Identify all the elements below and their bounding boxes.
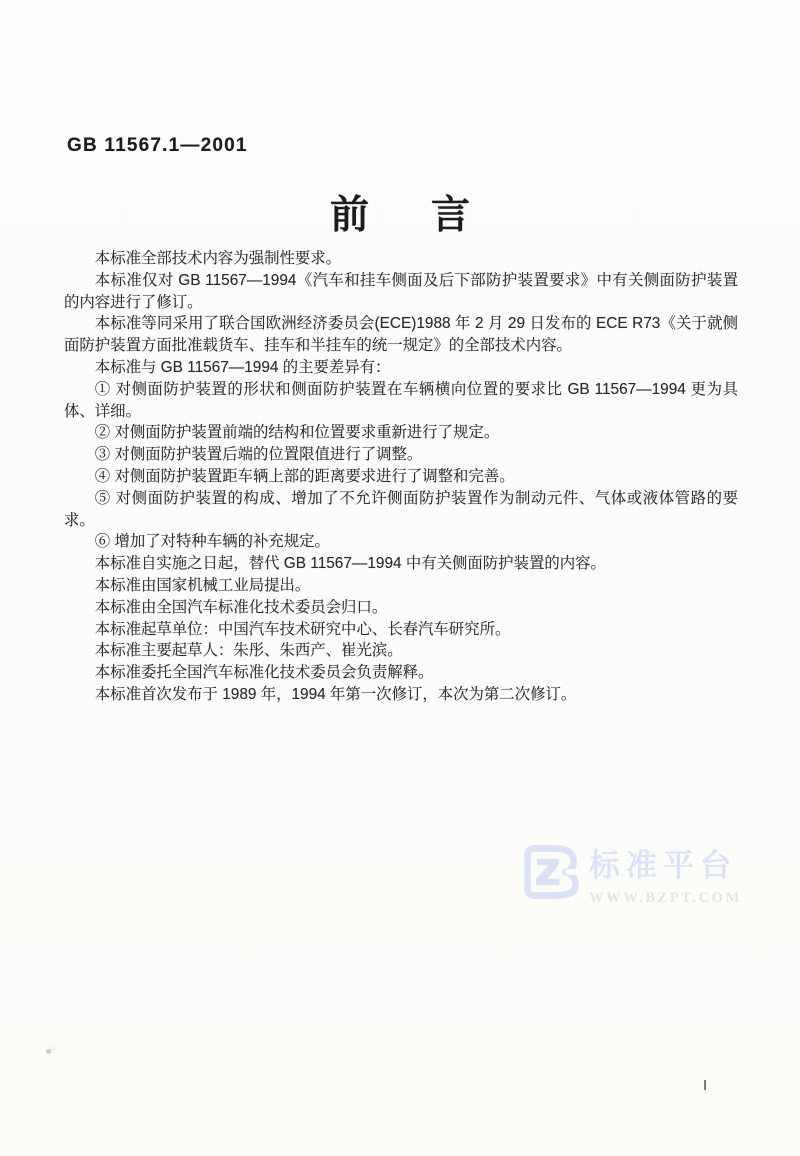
bz-monogram-icon [520, 841, 584, 908]
document-page: GB 11567.1—2001 前 言 本标准全部技术内容为强制性要求。 本标准… [0, 0, 800, 1156]
paragraph: 本标准等同采用了联合国欧洲经济委员会(ECE)1988 年 2 月 29 日发布… [64, 313, 738, 357]
paragraph: 本标准起草单位：中国汽车技术研究中心、长春汽车研究所。 [64, 619, 738, 641]
paragraph: 本标准与 GB 11567—1994 的主要差异有： [64, 357, 738, 379]
foreword-title-char: 言 [431, 184, 470, 240]
paragraph: ⑥ 增加了对特种车辆的补充规定。 [64, 531, 738, 553]
page-number: Ⅰ [703, 1078, 707, 1095]
paragraph: ② 对侧面防护装置前端的结构和位置要求重新进行了规定。 [64, 422, 738, 444]
paragraph: 本标准仅对 GB 11567—1994《汽车和挂车侧面及后下部防护装置要求》中有… [64, 270, 738, 314]
paragraph: ④ 对侧面防护装置距车辆上部的距离要求进行了调整和完善。 [64, 466, 738, 488]
foreword-title-char: 前 [330, 184, 369, 240]
paragraph: 本标准全部技术内容为强制性要求。 [64, 248, 738, 270]
paragraph: ③ 对侧面防护装置后端的位置限值进行了调整。 [64, 444, 738, 466]
paragraph: 本标准由国家机械工业局提出。 [64, 575, 738, 597]
paragraph: ⑤ 对侧面防护装置的构成、增加了不允许侧面防护装置作为制动元件、气体或液体管路的… [64, 488, 738, 532]
watermark: 标准平台 WWW.BZPT.COM [520, 841, 742, 908]
paragraph: 本标准由全国汽车标准化技术委员会归口。 [64, 597, 738, 619]
watermark-url-text: WWW.BZPT.COM [589, 890, 742, 907]
watermark-brand-text: 标准平台 [589, 850, 742, 881]
paragraph: 本标准委托全国汽车标准化技术委员会负责解释。 [64, 662, 738, 684]
scan-artifact [46, 1049, 51, 1054]
paragraph: 本标准首次发布于 1989 年，1994 年第一次修订，本次为第二次修订。 [64, 684, 738, 706]
paragraph: 本标准自实施之日起，替代 GB 11567—1994 中有关侧面防护装置的内容。 [64, 553, 738, 575]
foreword-title: 前 言 [0, 184, 800, 240]
paragraph: ① 对侧面防护装置的形状和侧面防护装置在车辆横向位置的要求比 GB 11567—… [64, 379, 738, 423]
paragraph: 本标准主要起草人：朱彤、朱西产、崔光滨。 [64, 640, 738, 662]
foreword-body: 本标准全部技术内容为强制性要求。 本标准仅对 GB 11567—1994《汽车和… [64, 248, 738, 706]
standard-number: GB 11567.1—2001 [67, 135, 248, 157]
